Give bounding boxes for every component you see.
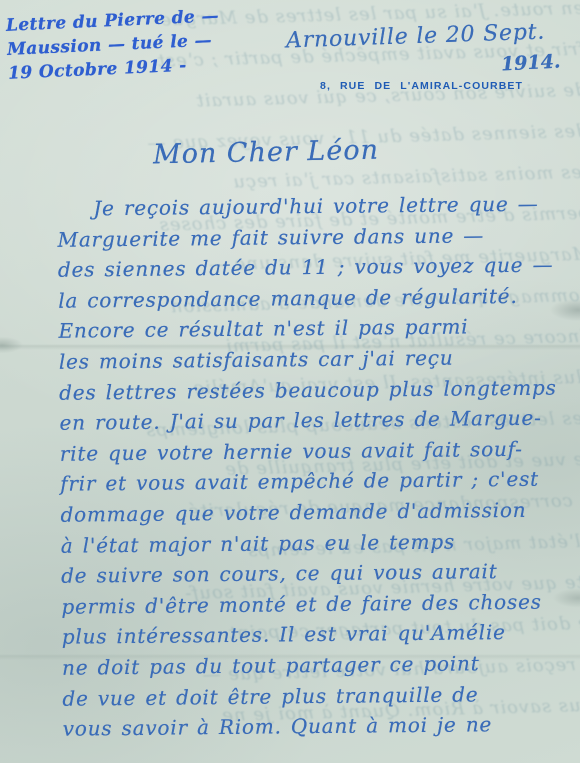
date-year: 1914. [500,50,561,75]
letter-body: Je reçois aujourd'hui votre lettre que —… [57,188,579,744]
salutation: Mon Cher Léon [153,135,380,171]
archivist-note: Lettre du Pierre de — Maussion — tué le … [5,4,221,86]
letter-line: vous savoir à Riom. Quant à moi je ne [63,708,579,744]
letter-line: en route. J'ai su par les lettres de Mar… [59,402,575,438]
letter-line: la correspondance manque de régularité. [58,280,574,316]
letter-page: en route. J'ai su par les lettres de Mar… [0,0,580,763]
letter-line: plus intéressantes. Il est vrai qu'Améli… [62,617,578,653]
letter-line: dommage que votre demande d'admission [60,494,576,530]
letter-line: des siennes datée du 11 ; vous voyez que… [58,249,574,285]
place-date-line: Arnouville le 20 Sept. [286,19,546,53]
printed-letterhead: 8, RUE DE L'AMIRAL-COURBET [320,80,523,92]
letter-line: Je reçois aujourd'hui votre lettre que — [57,188,573,224]
